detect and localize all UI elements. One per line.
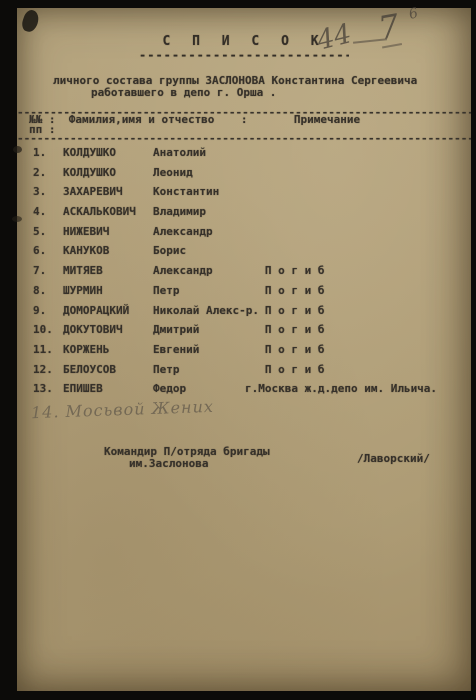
row-note: П о г и б <box>245 284 324 297</box>
row-number: 1. <box>33 146 46 159</box>
row-surname: КОЛДУШКО <box>63 146 116 159</box>
table-header-line1: №№ : Фамилия,имя и отчество : Примечание <box>29 113 360 126</box>
row-surname: ДОКУТОВИЧ <box>63 323 123 336</box>
row-number: 5. <box>33 225 46 238</box>
row-firstname: Александр <box>153 225 213 238</box>
table-row: 12. БЕЛОУСОВ Петр П о г и б <box>17 363 471 383</box>
row-firstname: Александр <box>153 264 213 277</box>
row-firstname: Петр <box>153 363 180 376</box>
row-firstname: Николай Алекс-р. <box>153 304 259 317</box>
row-surname: НИЖЕВИЧ <box>63 225 109 238</box>
table-row: 10. ДОКУТОВИЧ Дмитрий П о г и б <box>17 323 471 343</box>
signature-title-line2: им.Заслонова <box>129 457 208 470</box>
signature-name: /Лаворский/ <box>357 452 430 465</box>
row-number: 2. <box>33 166 46 179</box>
row-firstname: Леонид <box>153 166 193 179</box>
row-surname: ДОМОРАЦКИЙ <box>63 304 129 317</box>
row-surname: БЕЛОУСОВ <box>63 363 116 376</box>
row-firstname: Дмитрий <box>153 323 199 336</box>
row-number: 3. <box>33 185 46 198</box>
row-number: 7. <box>33 264 46 277</box>
row-note: П о г и б <box>245 304 324 317</box>
title-underline: -------------------------------- <box>139 48 349 60</box>
table-row: 4. АСКАЛЬКОВИЧ Владимир <box>17 205 471 225</box>
row-surname: ШУРМИН <box>63 284 103 297</box>
row-firstname: Владимир <box>153 205 206 218</box>
row-firstname: Петр <box>153 284 180 297</box>
row-number: 6. <box>33 244 46 257</box>
row-firstname: Евгений <box>153 343 199 356</box>
row-surname: МИТЯЕВ <box>63 264 103 277</box>
row-firstname: Федор <box>153 382 186 395</box>
table-separator-bottom: ----------------------------------------… <box>17 132 471 143</box>
row-number: 9. <box>33 304 46 317</box>
row-surname: КОРЖЕНЬ <box>63 343 109 356</box>
row-surname: КОЛДУШКО <box>63 166 116 179</box>
row-note: г.Москва ж.д.депо им. Ильича. <box>245 382 437 395</box>
row-firstname: Борис <box>153 244 186 257</box>
row-note: П о г и б <box>245 323 324 336</box>
document-title: С П И С О К <box>17 34 471 49</box>
row-surname: ЗАХАРЕВИЧ <box>63 185 123 198</box>
table-row: 9. ДОМОРАЦКИЙ Николай Алекс-р. П о г и б <box>17 304 471 324</box>
row-note: П о г и б <box>245 343 324 356</box>
handwritten-number-superscript: 6 <box>407 5 420 23</box>
table-row: 6. КАНУКОВ Борис <box>17 244 471 264</box>
row-surname: КАНУКОВ <box>63 244 109 257</box>
row-number: 8. <box>33 284 46 297</box>
table-body: 1. КОЛДУШКО Анатолий 2. КОЛДУШКО Леонид … <box>17 146 471 402</box>
row-note: П о г и б <box>245 363 324 376</box>
table-row: 5. НИЖЕВИЧ Александр <box>17 225 471 245</box>
row-firstname: Анатолий <box>153 146 206 159</box>
row-number: 11. <box>33 343 53 356</box>
table-row: 7. МИТЯЕВ Александр П о г и б <box>17 264 471 284</box>
row-number: 4. <box>33 205 46 218</box>
row-note: П о г и б <box>245 264 324 277</box>
table-row: 13. ЕПИШЕВ Федор г.Москва ж.д.депо им. И… <box>17 382 471 402</box>
table-row: 3. ЗАХАРЕВИЧ Константин <box>17 185 471 205</box>
row-firstname: Константин <box>153 185 219 198</box>
row-surname: АСКАЛЬКОВИЧ <box>63 205 136 218</box>
table-row: 2. КОЛДУШКО Леонид <box>17 166 471 186</box>
document-page: 44 7 6 С П И С О К ---------------------… <box>17 8 471 691</box>
document-subtitle-line2: работавшего в депо г. Орша . <box>91 86 276 99</box>
row-number: 13. <box>33 382 53 395</box>
row-surname: ЕПИШЕВ <box>63 382 103 395</box>
row-number: 10. <box>33 323 53 336</box>
row-number: 12. <box>33 363 53 376</box>
table-row: 11. КОРЖЕНЬ Евгений П о г и б <box>17 343 471 363</box>
table-row: 8. ШУРМИН Петр П о г и б <box>17 284 471 304</box>
table-row: 1. КОЛДУШКО Анатолий <box>17 146 471 166</box>
scanned-document: 44 7 6 С П И С О К ---------------------… <box>0 0 476 700</box>
